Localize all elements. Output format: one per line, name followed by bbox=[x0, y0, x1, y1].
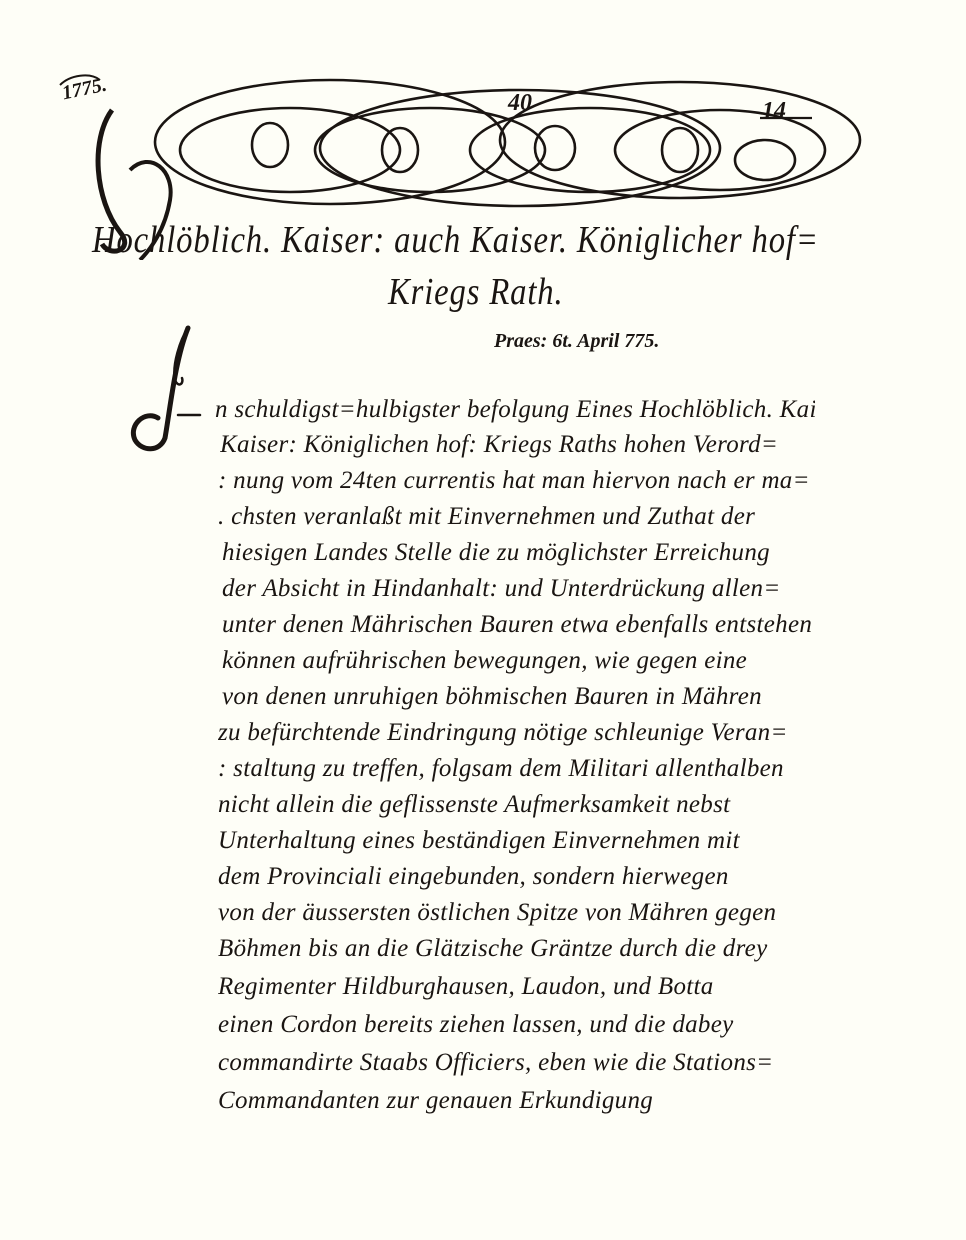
body-line: . chsten veranlaßt mit Einvernehmen und … bbox=[218, 502, 818, 532]
body-line: können aufrührischen bewegungen, wie geg… bbox=[222, 646, 822, 676]
received-date: Praes: 6t. April 775. bbox=[494, 330, 659, 353]
body-line: Commandanten zur genauen Erkundigung bbox=[218, 1086, 818, 1116]
body-line: unter denen Mährischen Bauren etwa ebenf… bbox=[222, 610, 822, 640]
body-line: der Absicht in Hindanhalt: und Unterdrüc… bbox=[222, 574, 822, 604]
initial-letter-j-icon bbox=[120, 320, 220, 460]
document-title-line-1: Hochlöblich. Kaiser: auch Kaiser. Königl… bbox=[92, 218, 819, 262]
body-line: einen Cordon bereits ziehen lassen, und … bbox=[218, 1010, 818, 1040]
body-line: dem Provinciali eingebunden, sondern hie… bbox=[218, 862, 818, 892]
body-line: von denen unruhigen böhmischen Bauren in… bbox=[222, 682, 822, 712]
body-line: Unterhaltung eines beständigen Einverneh… bbox=[218, 826, 818, 856]
body-line: Regimenter Hildburghausen, Laudon, und B… bbox=[218, 972, 818, 1002]
body-line: : staltung zu treffen, folgsam dem Milit… bbox=[218, 754, 818, 784]
body-line: hiesigen Landes Stelle die zu möglichste… bbox=[222, 538, 822, 568]
body-line: Kaiser: Königlichen hof: Kriegs Raths ho… bbox=[220, 430, 820, 460]
document-title-line-2: Kriegs Rath. bbox=[388, 270, 564, 314]
body-line: von der äussersten östlichen Spitze von … bbox=[218, 898, 818, 928]
body-line: commandirte Staabs Officiers, eben wie d… bbox=[218, 1048, 818, 1078]
body-line: : nung vom 24ten currentis hat man hierv… bbox=[218, 466, 818, 496]
body-line: zu befürchtende Eindringung nötige schle… bbox=[218, 718, 818, 748]
manuscript-page: 1775. 40 14 Hoc bbox=[0, 0, 966, 1240]
body-line: Böhmen bis an die Glätzische Gräntze dur… bbox=[218, 934, 818, 964]
body-line: n schuldigst=hulbigster befolgung Eines … bbox=[215, 395, 815, 425]
body-line: nicht allein die geflissenste Aufmerksam… bbox=[218, 790, 818, 820]
